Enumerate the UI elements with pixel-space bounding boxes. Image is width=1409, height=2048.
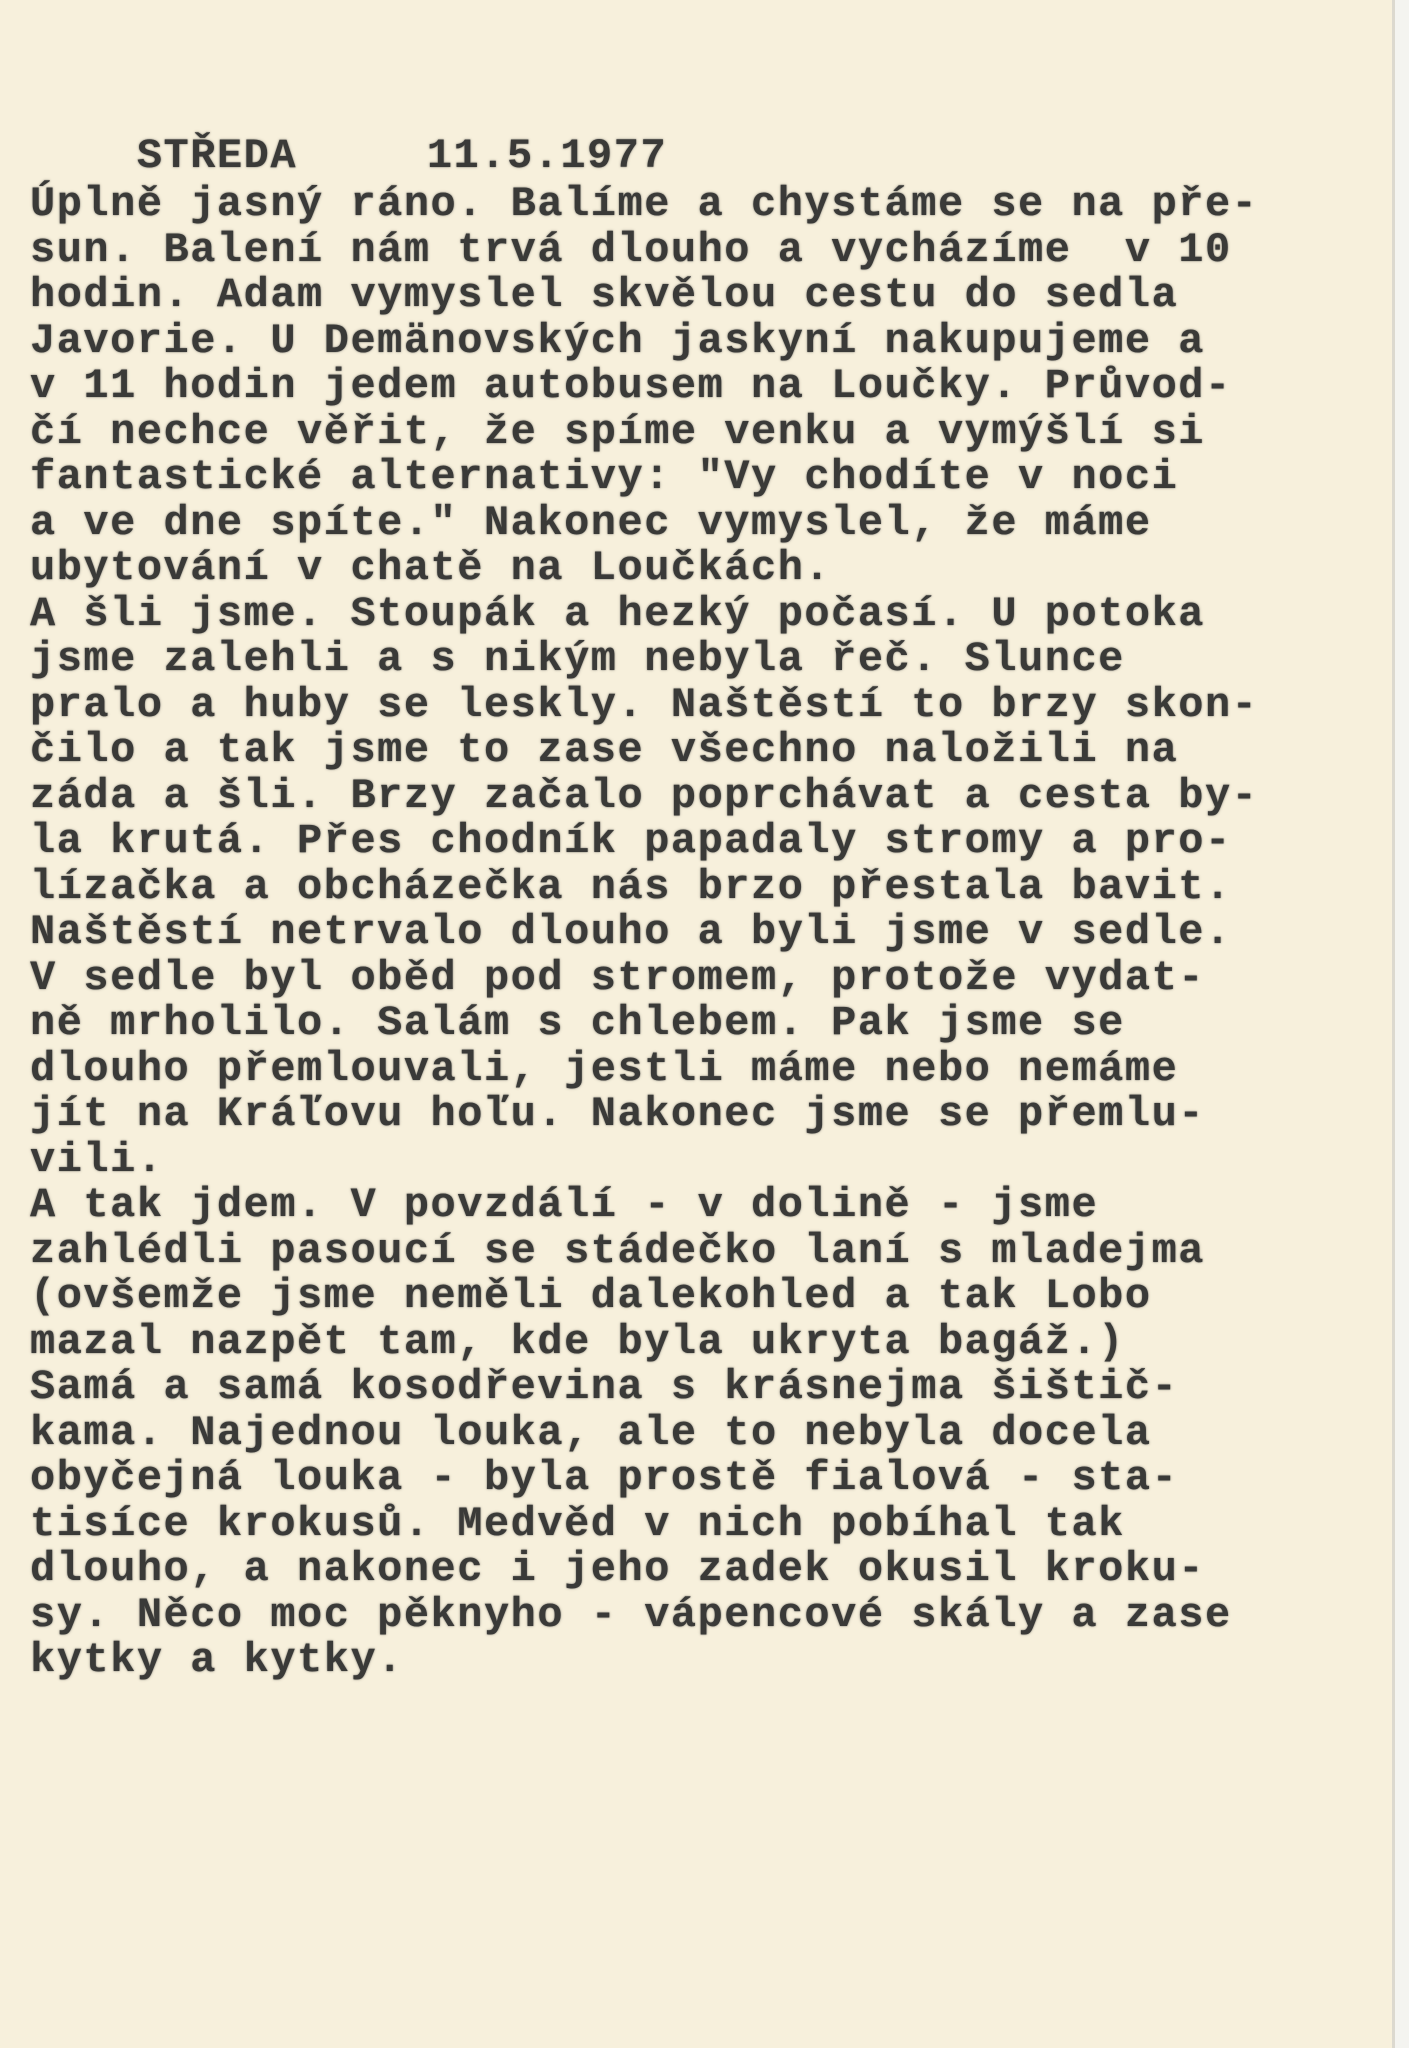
diary-entry-body: Úplně jasný ráno. Balíme a chystáme se n… [30,182,1258,1684]
text-line: sy. Něco moc pěknyho - vápencové skály a… [30,1593,1258,1639]
scan-edge [1395,0,1409,2048]
text-line: dlouho, a nakonec i jeho zadek okusil kr… [30,1547,1258,1593]
text-line: fantastické alternativy: "Vy chodíte v n… [30,455,1258,501]
text-line: sun. Balení nám trvá dlouho a vycházíme … [30,228,1258,274]
text-line: kama. Najednou louka, ale to nebyla doce… [30,1411,1258,1457]
text-line: tisíce krokusů. Medvěd v nich pobíhal ta… [30,1502,1258,1548]
entry-date: 11.5.1977 [427,132,667,180]
text-line: jít na Kráľovu hoľu. Nakonec jsme se pře… [30,1092,1258,1138]
text-line: hodin. Adam vymyslel skvělou cestu do se… [30,273,1258,319]
text-line: ně mrholilo. Salám s chlebem. Pak jsme s… [30,1001,1258,1047]
text-line: Naštěstí netrvalo dlouho a byli jsme v s… [30,910,1258,956]
text-line: jsme zalehli a s nikým nebyla řeč. Slunc… [30,637,1258,683]
text-line: Javorie. U Demänovských jaskyní nakupuje… [30,319,1258,365]
text-line: v 11 hodin jedem autobusem na Loučky. Pr… [30,364,1258,410]
text-line: vili. [30,1138,1258,1184]
text-line: dlouho přemlouvali, jestli máme nebo nem… [30,1047,1258,1093]
text-line: Samá a samá kosodřevina s krásnejma šišt… [30,1365,1258,1411]
text-line: a ve dne spíte." Nakonec vymyslel, že má… [30,501,1258,547]
text-line: obyčejná louka - byla prostě fialová - s… [30,1456,1258,1502]
text-line: lízačka a obcházečka nás brzo přestala b… [30,865,1258,911]
text-line: la krutá. Přes chodník papadaly stromy a… [30,819,1258,865]
text-line: V sedle byl oběd pod stromem, protože vy… [30,956,1258,1002]
text-line: kytky a kytky. [30,1638,1258,1684]
text-line: zahlédli pasoucí se stádečko laní s mlad… [30,1229,1258,1275]
text-line: Úplně jasný ráno. Balíme a chystáme se n… [30,182,1258,228]
text-line: (ovšemže jsme neměli dalekohled a tak Lo… [30,1274,1258,1320]
typewritten-page: STŘEDA11.5.1977 Úplně jasný ráno. Balíme… [0,0,1395,2048]
text-line: záda a šli. Brzy začalo poprchávat a ces… [30,774,1258,820]
weekday: STŘEDA [137,128,427,184]
text-line: mazal nazpět tam, kde byla ukryta bagáž.… [30,1320,1258,1366]
text-line: ubytování v chatě na Loučkách. [30,546,1258,592]
text-line: čí nechce věřit, že spíme venku a vymýšl… [30,410,1258,456]
text-line: pralo a huby se leskly. Naštěstí to brzy… [30,683,1258,729]
text-line: A šli jsme. Stoupák a hezký počasí. U po… [30,592,1258,638]
text-line: čilo a tak jsme to zase všechno naložili… [30,728,1258,774]
diary-entry-header: STŘEDA11.5.1977 [30,72,667,128]
text-line: A tak jdem. V povzdálí - v dolině - jsme [30,1183,1258,1229]
